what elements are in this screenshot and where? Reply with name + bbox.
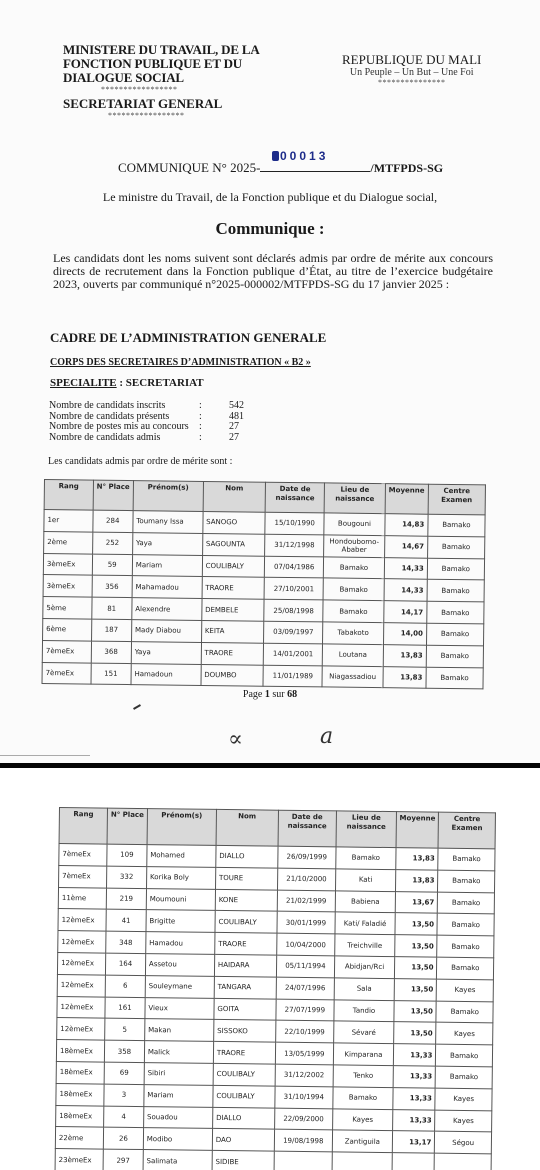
- cell-rang: 18èmeEx: [56, 1040, 104, 1062]
- cell-rang: 18èmeEx: [56, 1105, 104, 1127]
- cell-centre-examen: Ségou: [435, 1131, 492, 1153]
- cell-rang: 6ème: [43, 618, 92, 640]
- cell-moyenne: 14,17: [383, 601, 426, 623]
- cell-rang: 12èmeEx: [57, 952, 105, 974]
- stat-label: Nombre de candidats admis: [49, 433, 199, 444]
- cell-prenom: Mady Diabou: [131, 620, 201, 643]
- cell-date-naissance: 31/10/1994: [274, 1086, 333, 1109]
- cell-rang: 12èmeEx: [57, 974, 105, 996]
- document-page-1: MINISTERE DU TRAVAIL, DE LA FONCTION PUB…: [0, 0, 540, 763]
- cell-place: 297: [103, 1149, 143, 1170]
- document-page-2: RangN° PlacePrénom(s)NomDate de naissanc…: [0, 768, 540, 1170]
- cell-date-naissance: 22/10/1999: [275, 1021, 334, 1044]
- cell-rang: 12èmeEx: [58, 931, 106, 953]
- cell-place: 332: [107, 866, 147, 888]
- cell-prenom: Vieux: [145, 997, 214, 1020]
- cell-nom: DOUMBO: [201, 664, 264, 687]
- cell-nom: COULIBALY: [215, 911, 277, 934]
- cell-prenom: Moumouni: [146, 888, 215, 911]
- cell-moyenne: 14,67: [384, 535, 427, 557]
- cell-date-naissance: 03/09/1997: [264, 621, 323, 644]
- cell-moyenne: 14,83: [384, 514, 427, 536]
- cell-prenom: Mariam: [144, 1084, 213, 1107]
- column-header-moyenne: Moyenne: [385, 484, 429, 515]
- specialite-label: SPECIALITE: [50, 377, 117, 389]
- cell-nom: SIDIBE: [212, 1151, 274, 1170]
- cell-nom: TRAORE: [201, 642, 264, 665]
- cell-centre-examen: Bamako: [437, 935, 494, 957]
- cell-prenom: Malick: [144, 1041, 213, 1064]
- minister-line: Le ministre du Travail, de la Fonction p…: [0, 190, 540, 205]
- cell-centre-examen: Bamako: [428, 514, 485, 536]
- ministry-line: FONCTION PUBLIQUE ET DU: [63, 57, 260, 71]
- cell-centre-examen: [434, 1153, 491, 1170]
- cell-date-naissance: 25/08/1998: [264, 599, 323, 622]
- cell-place: 81: [91, 597, 131, 619]
- separator-stars: ***************: [342, 78, 481, 87]
- cell-rang: 3èmeEx: [43, 575, 92, 597]
- scan-line: [0, 755, 90, 756]
- column-header-date-naissance: Date de naissance: [265, 482, 325, 513]
- cell-date-naissance: 11/01/1989: [263, 665, 322, 688]
- cell-lieu-naissance: Tenko: [333, 1065, 393, 1088]
- cell-nom: COULIBALY: [213, 1085, 275, 1108]
- cell-centre-examen: Bamako: [426, 623, 483, 645]
- cell-moyenne: 13,50: [394, 1000, 437, 1022]
- cell-place: 26: [103, 1127, 143, 1149]
- cell-nom: TANGARA: [214, 976, 276, 999]
- cell-place: 69: [104, 1062, 144, 1084]
- cell-rang: 12èmeEx: [57, 996, 105, 1018]
- cell-centre-examen: Bamako: [426, 645, 483, 667]
- cell-lieu-naissance: Kati/ Faladié: [335, 912, 395, 935]
- secretariat-general: SECRETARIAT GENERAL *****************: [63, 97, 222, 120]
- cell-date-naissance: [274, 1151, 333, 1170]
- cell-nom: TOURE: [215, 867, 277, 890]
- cell-rang: 7èmeEx: [42, 640, 91, 662]
- cell-lieu-naissance: Babiena: [335, 890, 395, 913]
- cell-prenom: Korika Boly: [146, 866, 215, 889]
- number-blank-line: [260, 162, 370, 172]
- cell-lieu-naissance: Bamako: [336, 847, 396, 870]
- cell-rang: 7èmeEx: [59, 844, 107, 866]
- table-row: 7èmeEx151HamadounDOUMBO11/01/1989Niagass…: [42, 662, 483, 689]
- cell-rang: 2ème: [44, 531, 93, 553]
- cell-date-naissance: 27/10/2001: [264, 578, 323, 601]
- table-header-row: RangN° PlacePrénom(s)NomDate de naissanc…: [59, 808, 495, 849]
- cell-place: 356: [92, 575, 132, 597]
- cell-centre-examen: Kayes: [437, 979, 494, 1001]
- cell-centre-examen: Bamako: [437, 914, 494, 936]
- cell-place: 5: [105, 1018, 145, 1040]
- signature-initial: a: [320, 724, 333, 749]
- cell-nom: SANOGO: [203, 511, 266, 534]
- cell-moyenne: 13,33: [393, 1066, 436, 1088]
- cell-date-naissance: 10/04/2000: [276, 933, 335, 956]
- cell-prenom: Brigitte: [146, 910, 215, 933]
- cell-moyenne: 13,50: [393, 1022, 436, 1044]
- cell-nom: SAGOUNTA: [202, 533, 265, 556]
- stat-value: 27: [229, 422, 269, 433]
- cell-lieu-naissance: Sala: [334, 978, 394, 1001]
- cell-centre-examen: Bamako: [427, 580, 484, 602]
- secretariat-title: SECRETARIAT GENERAL: [63, 97, 222, 111]
- signature-initial: ∝: [228, 727, 243, 752]
- cell-date-naissance: 31/12/1998: [265, 534, 324, 557]
- cell-moyenne: 13,83: [383, 666, 426, 688]
- communique-title: Communique :: [0, 219, 540, 239]
- cell-prenom: Salimata: [143, 1150, 212, 1170]
- separator-stars: *****************: [108, 111, 222, 120]
- cell-date-naissance: 30/01/1999: [277, 912, 336, 935]
- cell-prenom: Toumany Issa: [133, 511, 203, 534]
- column-header-place: N° Place: [107, 808, 147, 844]
- column-header-rang: Rang: [59, 808, 108, 845]
- ministry-header: MINISTERE DU TRAVAIL, DE LA FONCTION PUB…: [63, 43, 260, 95]
- stat-row: Nombre de postes mis au concours:27: [49, 422, 269, 433]
- cell-prenom: Mohamed: [147, 845, 216, 868]
- cell-place: 59: [92, 554, 132, 576]
- republic-header: REPUBLIQUE DU MALI Un Peuple – Un But – …: [342, 53, 481, 87]
- cell-rang: 5ème: [43, 597, 92, 619]
- cell-place: 164: [106, 953, 146, 975]
- cell-date-naissance: 15/10/1990: [265, 512, 324, 535]
- cell-moyenne: 13,50: [394, 935, 437, 957]
- cell-moyenne: 13,17: [392, 1131, 435, 1153]
- cell-lieu-naissance: Sévaré: [334, 1021, 394, 1044]
- cell-moyenne: 13,83: [395, 869, 438, 891]
- cell-prenom: Assetou: [145, 954, 214, 977]
- cell-rang: 11ème: [58, 887, 106, 909]
- column-header-nom: Nom: [216, 809, 278, 846]
- cell-lieu-naissance: Bamako: [323, 600, 384, 623]
- cell-prenom: Hamadou: [146, 932, 215, 955]
- column-header-centre-examen: Centre Examen: [428, 484, 486, 515]
- results-table-page-1: RangN° PlacePrénom(s)NomDate de naissanc…: [41, 479, 485, 690]
- cell-lieu-naissance: Niagassadiou: [322, 665, 383, 688]
- cell-moyenne: 13,83: [396, 848, 439, 870]
- cell-prenom: Modibo: [143, 1128, 212, 1151]
- cell-date-naissance: 14/01/2001: [263, 643, 322, 666]
- cell-date-naissance: 27/07/1999: [275, 999, 334, 1022]
- column-header-moyenne: Moyenne: [396, 812, 439, 849]
- cell-prenom: Mariam: [132, 554, 202, 577]
- stat-row: Nombre de candidats inscrits:542: [49, 401, 269, 412]
- cell-place: 41: [106, 909, 146, 931]
- cell-lieu-naissance: Zantiguila: [332, 1130, 392, 1153]
- cell-lieu-naissance: Kimparana: [334, 1043, 394, 1066]
- cell-lieu-naissance: [332, 1152, 392, 1170]
- cell-lieu-naissance: Bamako: [323, 578, 384, 601]
- cell-prenom: Hamadoun: [131, 663, 201, 686]
- cell-rang: 18èmeEx: [56, 1083, 104, 1105]
- cell-rang: 12èmeEx: [57, 1018, 105, 1040]
- cell-date-naissance: 21/10/2000: [277, 868, 336, 891]
- cell-lieu-naissance: Loutana: [323, 644, 384, 667]
- cell-date-naissance: 31/12/2002: [275, 1064, 334, 1087]
- cell-moyenne: 13,67: [395, 891, 438, 913]
- cell-date-naissance: 22/09/2000: [274, 1108, 333, 1131]
- candidate-stats: Nombre de candidats inscrits:542 Nombre …: [49, 401, 269, 443]
- cell-place: 252: [92, 532, 132, 554]
- cell-nom: KEITA: [201, 620, 264, 643]
- cell-moyenne: 13,33: [392, 1109, 435, 1131]
- cell-moyenne: 13,50: [395, 913, 438, 935]
- cell-moyenne: 13,83: [383, 644, 426, 666]
- column-header-nom: Nom: [203, 481, 266, 512]
- column-header-rang: Rang: [44, 480, 93, 511]
- cell-rang: 18èmeEx: [56, 1061, 104, 1083]
- cell-prenom: Mahamadou: [132, 576, 202, 599]
- cell-place: 3: [104, 1084, 144, 1106]
- cell-centre-examen: Bamako: [438, 892, 495, 914]
- stat-value: 542: [229, 401, 269, 412]
- specialite-value: : SECRETARIAT: [117, 377, 204, 389]
- cell-lieu-naissance: Tandio: [334, 999, 394, 1022]
- cell-centre-examen: Bamako: [427, 558, 484, 580]
- cell-lieu-naissance: Bamako: [333, 1087, 393, 1110]
- cell-centre-examen: Bamako: [438, 848, 495, 870]
- column-header-centre-examen: Centre Examen: [438, 812, 495, 849]
- cell-centre-examen: Bamako: [426, 667, 483, 689]
- cell-nom: DAO: [212, 1129, 274, 1152]
- column-header-lieu-naissance: Lieu de naissance: [324, 483, 385, 514]
- cell-date-naissance: 13/05/1999: [275, 1042, 334, 1065]
- cell-nom: DIALLO: [216, 845, 278, 868]
- cell-centre-examen: Bamako: [436, 1044, 493, 1066]
- cell-moyenne: [392, 1153, 435, 1170]
- stat-row: Nombre de candidats admis:27: [49, 433, 269, 444]
- cell-moyenne: 14,33: [384, 557, 427, 579]
- cell-nom: SISSOKO: [214, 1020, 276, 1043]
- cell-nom: TRAORE: [202, 577, 265, 600]
- cadre-heading: CADRE DE L’ADMINISTRATION GENERALE: [50, 330, 326, 346]
- cell-nom: COULIBALY: [213, 1063, 275, 1086]
- cell-moyenne: 13,50: [394, 957, 437, 979]
- cell-date-naissance: 26/09/1999: [277, 846, 336, 869]
- republic-motto: Un Peuple – Un But – Une Foi: [342, 67, 481, 78]
- cell-lieu-naissance: Hondoubomo-Ababer: [324, 535, 385, 558]
- cell-rang: 3èmeEx: [43, 553, 92, 575]
- cell-date-naissance: 07/04/1986: [264, 556, 323, 579]
- cell-centre-examen: Bamako: [438, 870, 495, 892]
- cell-rang: 7èmeEx: [59, 865, 107, 887]
- cell-place: 368: [91, 641, 131, 663]
- communique-number-prefix: COMMUNIQUE N° 2025-: [118, 160, 260, 175]
- cell-moyenne: 14,00: [383, 623, 426, 645]
- stat-label: Nombre de postes mis au concours: [49, 422, 199, 433]
- ministry-line: MINISTERE DU TRAVAIL, DE LA: [63, 43, 260, 57]
- cell-date-naissance: 19/08/1998: [274, 1130, 333, 1153]
- cell-centre-examen: Bamako: [427, 536, 484, 558]
- cell-prenom: Alexendre: [132, 598, 202, 621]
- cell-place: 187: [91, 619, 131, 641]
- cell-place: 358: [104, 1040, 144, 1062]
- cell-rang: 12èmeEx: [58, 909, 106, 931]
- cell-nom: TRAORE: [215, 933, 277, 956]
- cell-nom: DIALLO: [212, 1107, 274, 1130]
- cell-nom: TRAORE: [213, 1042, 275, 1065]
- column-header-lieu-naissance: Lieu de naissance: [336, 811, 396, 848]
- cell-centre-examen: Bamako: [427, 601, 484, 623]
- cell-prenom: Souleymane: [145, 975, 214, 998]
- cell-lieu-naissance: Tabakoto: [323, 622, 384, 645]
- cell-centre-examen: Bamako: [436, 1001, 493, 1023]
- cell-place: 4: [104, 1106, 144, 1128]
- cell-prenom: Sibiri: [144, 1063, 213, 1086]
- cell-place: 348: [106, 931, 146, 953]
- cell-rang: 1er: [44, 510, 93, 532]
- cell-centre-examen: Bamako: [437, 957, 494, 979]
- specialite-heading: SPECIALITE : SECRETARIAT: [50, 377, 204, 389]
- pen-mark: [133, 704, 141, 710]
- cell-moyenne: 13,33: [393, 1087, 436, 1109]
- cell-lieu-naissance: Bamako: [324, 557, 385, 580]
- cell-moyenne: 13,50: [394, 978, 437, 1000]
- cell-prenom: Yaya: [131, 641, 201, 664]
- cell-place: 151: [91, 663, 131, 685]
- column-header-date-naissance: Date de naissance: [278, 810, 337, 847]
- admis-intro: Les candidats admis par ordre de mérite …: [48, 456, 232, 467]
- cell-moyenne: 13,33: [393, 1044, 436, 1066]
- cell-lieu-naissance: Bougouni: [324, 513, 385, 536]
- results-table-page-2: RangN° PlacePrénom(s)NomDate de naissanc…: [55, 807, 496, 1170]
- cell-lieu-naissance: Kayes: [333, 1108, 393, 1131]
- cell-date-naissance: 21/02/1999: [277, 890, 336, 913]
- cell-place: 219: [106, 888, 146, 910]
- cell-centre-examen: Kayes: [435, 1088, 492, 1110]
- cell-lieu-naissance: Abidjan/Rci: [335, 956, 395, 979]
- cell-lieu-naissance: Kati: [336, 869, 396, 892]
- cell-prenom: Souadou: [143, 1106, 212, 1129]
- cell-nom: KONE: [215, 889, 277, 912]
- separator-stars: *****************: [101, 85, 260, 95]
- cell-place: 161: [105, 997, 145, 1019]
- cell-place: 284: [93, 510, 133, 532]
- cell-place: 109: [107, 844, 147, 866]
- cell-rang: 7èmeEx: [42, 662, 91, 684]
- cell-nom: DEMBELE: [201, 599, 264, 622]
- cell-lieu-naissance: Treichville: [335, 934, 395, 957]
- cell-centre-examen: Bamako: [436, 1066, 493, 1088]
- cell-nom: HAIDARA: [214, 954, 276, 977]
- column-header-place: N° Place: [93, 480, 134, 510]
- cell-date-naissance: 05/11/1994: [276, 955, 335, 978]
- cell-rang: 22ème: [55, 1127, 103, 1149]
- cell-prenom: Yaya: [132, 532, 202, 555]
- cell-moyenne: 14,33: [384, 579, 427, 601]
- cell-date-naissance: 24/07/1996: [276, 977, 335, 1000]
- cell-centre-examen: Kayes: [435, 1110, 492, 1132]
- stat-value: 27: [229, 433, 269, 444]
- stat-label: Nombre de candidats inscrits: [49, 401, 199, 412]
- column-header-prenom: Prénom(s): [133, 481, 203, 512]
- cell-nom: GOITA: [214, 998, 276, 1021]
- intro-paragraph: Les candidats dont les noms suivent sont…: [53, 252, 493, 291]
- cell-place: 6: [105, 975, 145, 997]
- communique-number: COMMUNIQUE N° 2025-/MTFPDS-SG: [118, 160, 443, 176]
- column-header-prenom: Prénom(s): [147, 809, 216, 846]
- ministry-line: DIALOGUE SOCIAL: [63, 71, 260, 85]
- page-number: Page 1 sur 68: [0, 689, 540, 700]
- cell-rang: 23èmeEx: [55, 1149, 103, 1170]
- cell-nom: COULIBALY: [202, 555, 265, 578]
- cell-prenom: Makan: [144, 1019, 213, 1042]
- cell-centre-examen: Kayes: [436, 1023, 493, 1045]
- corps-heading: CORPS DES SECRETAIRES D’ADMINISTRATION «…: [50, 357, 311, 368]
- communique-number-suffix: /MTFPDS-SG: [370, 161, 443, 175]
- republic-title: REPUBLIQUE DU MALI: [342, 53, 481, 67]
